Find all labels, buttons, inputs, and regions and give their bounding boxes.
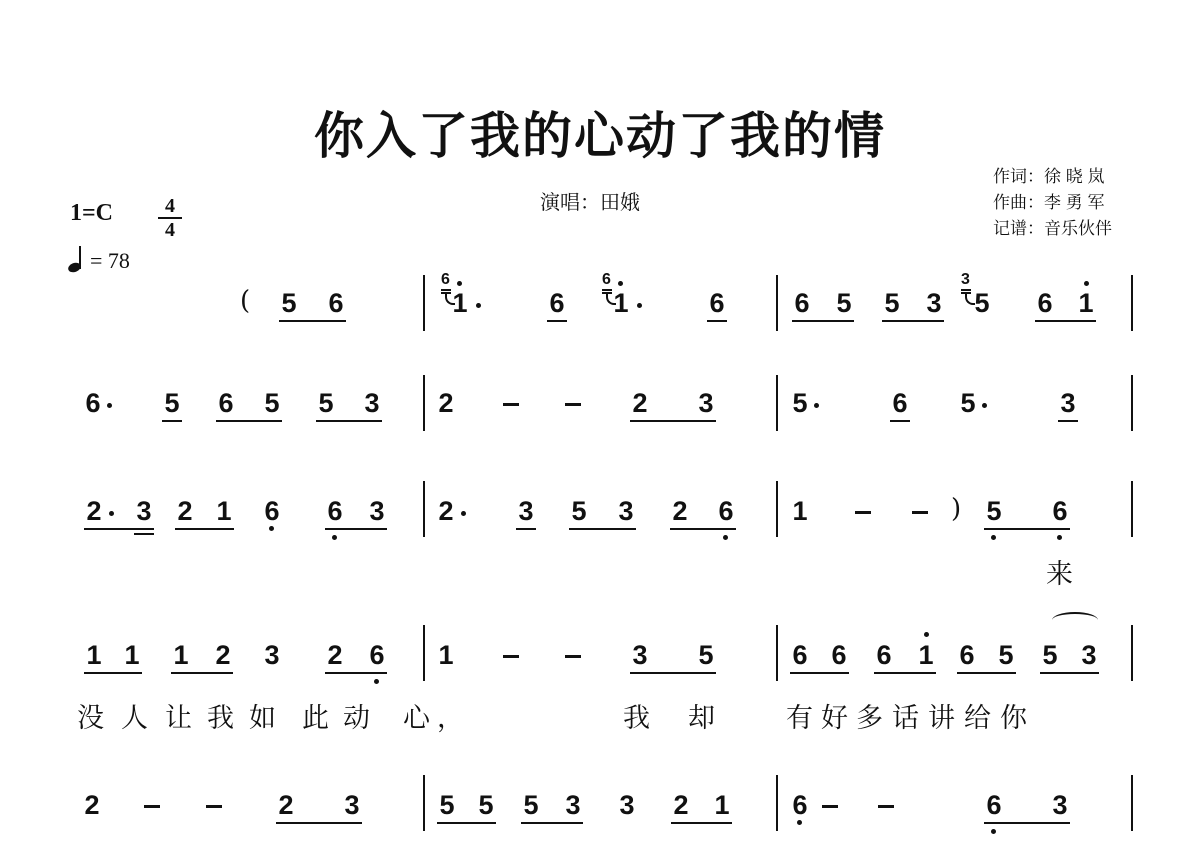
note: 2: [325, 640, 345, 670]
note: 5: [476, 790, 496, 820]
note: 5: [162, 388, 182, 418]
underline-beam: [569, 528, 636, 530]
note: 3: [342, 790, 362, 820]
note: 3: [630, 640, 650, 670]
note: 6: [874, 640, 894, 670]
extension-dash: [206, 805, 222, 808]
underline-beam: [984, 822, 1070, 824]
credits-block: 作词：徐 晓 岚 作曲：李 勇 军 记谱：音乐伙伴: [993, 164, 1112, 242]
note: 5: [521, 790, 541, 820]
note: 5: [437, 790, 457, 820]
note: 1: [611, 288, 631, 318]
note: 6: [790, 640, 810, 670]
octave-dot-low: [991, 535, 996, 540]
note: 5: [696, 640, 716, 670]
lyric-char: 给: [964, 704, 991, 734]
underline-beam: [547, 320, 567, 322]
note: 3: [367, 496, 387, 526]
note: 6: [890, 388, 910, 418]
note: 3: [1050, 790, 1070, 820]
note: 3: [134, 496, 154, 526]
note: 6: [367, 640, 387, 670]
note: 2: [630, 388, 650, 418]
underline-beam: [1058, 420, 1078, 422]
extension-dash: [565, 403, 581, 406]
time-sig-numerator: 4: [158, 196, 182, 216]
extension-dash: [144, 805, 160, 808]
tempo-marking: = 78: [68, 246, 130, 274]
octave-dot-high: [457, 281, 462, 286]
underline-beam: [279, 320, 346, 322]
close-paren: ): [951, 494, 961, 524]
lyric-char: 却: [688, 704, 715, 734]
note: 2: [670, 496, 690, 526]
lyric-char: 话: [892, 704, 919, 734]
barline: [423, 275, 425, 331]
lyric-punct: ，: [437, 704, 464, 734]
underline-beam: [707, 320, 727, 322]
song-title: 你入了我的心动了我的情: [0, 96, 1200, 168]
note: 2: [671, 790, 691, 820]
note: 3: [924, 288, 944, 318]
extension-dash: [822, 805, 838, 808]
barline: [776, 275, 778, 331]
tempo-value: = 78: [90, 248, 130, 273]
barline: [1131, 625, 1133, 681]
note: 5: [972, 288, 992, 318]
underline-beam: [84, 528, 154, 530]
note: 3: [516, 496, 536, 526]
underline-beam: [1035, 320, 1096, 322]
note: 6: [984, 790, 1004, 820]
lyric-char: 人: [121, 704, 148, 734]
barline: [423, 625, 425, 681]
barline: [1131, 775, 1133, 831]
grace-note: 6: [602, 272, 611, 288]
note: 3: [1079, 640, 1099, 670]
note: 1: [712, 790, 732, 820]
note: 6: [716, 496, 736, 526]
octave-dot-low: [332, 535, 337, 540]
underline-beam: [670, 528, 736, 530]
lyric-char: 我: [623, 704, 650, 734]
lyric-char: 我: [207, 704, 234, 734]
underline-beam: [521, 822, 583, 824]
lyric-char: 如: [249, 704, 276, 734]
note: 6: [547, 288, 567, 318]
barline: [776, 375, 778, 431]
underline-beam: [84, 672, 142, 674]
lyric-char: 多: [856, 704, 883, 734]
octave-dot-low: [374, 679, 379, 684]
lyric-char: 好: [821, 704, 848, 734]
barline: [1131, 375, 1133, 431]
note: 5: [1040, 640, 1060, 670]
underline-beam: [175, 528, 234, 530]
note: 1: [450, 288, 470, 318]
extension-dash: [912, 511, 928, 514]
octave-dot-low: [1057, 535, 1062, 540]
note: 3: [563, 790, 583, 820]
augmentation-dot: [107, 403, 112, 408]
note: 2: [175, 496, 195, 526]
underline-beam: [984, 528, 1070, 530]
underline-beam: [671, 822, 732, 824]
note: 5: [834, 288, 854, 318]
note: 1: [122, 640, 142, 670]
augmentation-dot: [982, 403, 987, 408]
augmentation-dot: [476, 303, 481, 308]
octave-dot-high: [618, 281, 623, 286]
note: 1: [171, 640, 191, 670]
grace-note: 6: [441, 272, 450, 288]
note: 3: [1058, 388, 1078, 418]
note: 3: [617, 790, 637, 820]
underline-beam: [516, 528, 536, 530]
lyric-char: 你: [1000, 704, 1027, 734]
extension-dash: [565, 655, 581, 658]
lyric-char: 来: [1046, 560, 1073, 590]
underline-beam: [316, 420, 382, 422]
note: 5: [984, 496, 1004, 526]
time-signature: 4 4: [158, 196, 182, 240]
note: 2: [436, 388, 456, 418]
barline: [776, 625, 778, 681]
octave-dot-low: [797, 820, 802, 825]
note: 5: [958, 388, 978, 418]
barline: [776, 481, 778, 537]
note: 1: [916, 640, 936, 670]
note: 1: [790, 496, 810, 526]
note: 6: [707, 288, 727, 318]
note: 2: [276, 790, 296, 820]
note: 6: [216, 388, 236, 418]
note: 6: [262, 496, 282, 526]
underline-beam: [162, 420, 182, 422]
note: 6: [792, 288, 812, 318]
grace-beam: [961, 289, 971, 291]
note: 3: [616, 496, 636, 526]
composer-credit: 作曲：李 勇 军: [993, 190, 1112, 216]
lyric-char: 动: [343, 704, 370, 734]
note: 3: [696, 388, 716, 418]
note: 6: [1050, 496, 1070, 526]
lyricist-credit: 作词：徐 晓 岚: [993, 164, 1112, 190]
octave-dot-high: [1084, 281, 1089, 286]
underline-beam: [325, 528, 387, 530]
note: 2: [84, 496, 104, 526]
note: 6: [1035, 288, 1055, 318]
key-signature: 1=C: [70, 200, 113, 227]
extension-dash: [503, 655, 519, 658]
note: 2: [82, 790, 102, 820]
note: 5: [569, 496, 589, 526]
underline-beam-double: [134, 533, 154, 535]
barline: [423, 481, 425, 537]
underline-beam: [874, 672, 936, 674]
note: 6: [829, 640, 849, 670]
note: 2: [436, 496, 456, 526]
note: 6: [957, 640, 977, 670]
underline-beam: [325, 672, 387, 674]
note: 3: [362, 388, 382, 418]
underline-beam: [792, 320, 854, 322]
note: 5: [279, 288, 299, 318]
lyric-char: 讲: [928, 704, 955, 734]
underline-beam: [1040, 672, 1099, 674]
singer-credit: 演唱：田娥: [540, 186, 640, 215]
extension-dash: [878, 805, 894, 808]
underline-beam: [437, 822, 496, 824]
note: 1: [1076, 288, 1096, 318]
underline-beam: [890, 420, 910, 422]
note: 1: [84, 640, 104, 670]
quarter-note-icon: [68, 246, 82, 272]
barline: [1131, 275, 1133, 331]
note: 6: [325, 496, 345, 526]
lyric-char: 没: [77, 704, 104, 734]
octave-dot-low: [269, 526, 274, 531]
note: 1: [436, 640, 456, 670]
lyric-char: 有: [786, 704, 813, 734]
note: 1: [214, 496, 234, 526]
note: 5: [996, 640, 1016, 670]
underline-beam: [630, 420, 716, 422]
extension-dash: [855, 511, 871, 514]
octave-dot-high: [924, 632, 929, 637]
note: 5: [790, 388, 810, 418]
augmentation-dot: [461, 511, 466, 516]
transcriber-credit: 记谱：音乐伙伴: [993, 216, 1112, 242]
barline: [776, 775, 778, 831]
lyric-char: 让: [165, 704, 192, 734]
underline-beam: [790, 672, 849, 674]
note: 2: [213, 640, 233, 670]
underline-beam: [957, 672, 1016, 674]
lyric-char: 此: [302, 704, 329, 734]
barline: [423, 775, 425, 831]
extension-dash: [503, 403, 519, 406]
augmentation-dot: [814, 403, 819, 408]
grace-note: 3: [961, 272, 970, 288]
underline-beam: [216, 420, 282, 422]
underline-beam: [276, 822, 362, 824]
note: 5: [882, 288, 902, 318]
note: 6: [326, 288, 346, 318]
barline: [423, 375, 425, 431]
note: 6: [790, 790, 810, 820]
underline-beam: [882, 320, 944, 322]
note: 6: [83, 388, 103, 418]
barline: [1131, 481, 1133, 537]
augmentation-dot: [637, 303, 642, 308]
octave-dot-low: [723, 535, 728, 540]
augmentation-dot: [109, 511, 114, 516]
note: 3: [262, 640, 282, 670]
note: 5: [262, 388, 282, 418]
slur: [1052, 612, 1098, 628]
underline-beam: [630, 672, 716, 674]
open-paren: (: [240, 286, 250, 316]
time-sig-denominator: 4: [158, 220, 182, 240]
underline-beam: [171, 672, 233, 674]
note: 5: [316, 388, 336, 418]
lyric-char: 心: [403, 704, 430, 734]
octave-dot-low: [991, 829, 996, 834]
